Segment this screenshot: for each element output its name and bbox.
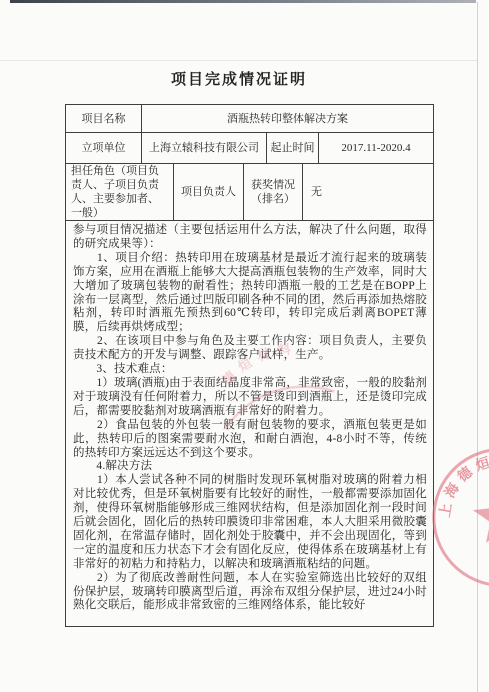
unit-value: 上海立辕科技有限公司 <box>142 133 267 164</box>
seal-star-icon <box>471 485 489 543</box>
project-name-label: 项目名称 <box>66 105 142 133</box>
description-paragraph: 1）本人尝试各种不同的树脂时发现环氧树脂对玻璃的附着力相对比较优秀，但是环氧树脂… <box>73 474 427 571</box>
project-table: 项目名称 酒瓶热转印整体解决方案 立项单位 上海立辕科技有限公司 起止时间 20… <box>65 104 434 627</box>
description-paragraph: 1、项目介绍：热转印用在玻璃基材是最近才流行起来的玻璃装饰方案，应用在酒瓶上能够… <box>73 252 427 335</box>
description-paragraph: 参与项目情况描述（主要包括运用什么方法，解决了什么问题，取得的研究成果等）： <box>73 224 427 252</box>
duration-label: 起止时间 <box>267 133 319 164</box>
scan-crease-line <box>0 60 478 61</box>
svg-text:上海德烜: 上海德烜 <box>433 452 489 519</box>
description-paragraph: 2）食品包装的外包装一般有耐包装物的要求，酒瓶包装更是如此，热转印后的图案需要耐… <box>73 419 427 461</box>
award-value: 无 <box>303 164 433 221</box>
project-description: 参与项目情况描述（主要包括运用什么方法，解决了什么问题，取得的研究成果等）： 1… <box>66 221 433 626</box>
duration-value: 2017.11-2020.4 <box>319 133 433 164</box>
description-paragraph: 1）玻璃(酒瓶)由于表面结晶度非常高，非常致密，一般的胶黏剂对于玻璃没有任何附着… <box>73 377 427 419</box>
seal-arc-text: 上海德烜 <box>433 452 489 519</box>
description-paragraph: 3、技术难点： <box>73 363 427 377</box>
role-label: 担任角色（项目负责人、子项目负责人、主要参加者、一般） <box>66 164 174 221</box>
scanned-document-page: { "page": { "title": "项目完成情况证明" }, "tabl… <box>0 0 489 692</box>
description-paragraph: 2）为了彻底改善耐性问题，本人在实验室筛选出比较好的双组份保护层，玻璃转印膜离型… <box>73 572 427 614</box>
scan-edge-line <box>10 0 476 3</box>
page-title: 项目完成情况证明 <box>0 68 478 89</box>
project-name-value: 酒瓶热转印整体解决方案 <box>142 105 433 133</box>
role-value: 项目负责人 <box>174 164 244 221</box>
description-paragraph: 4.解决方法 <box>73 460 427 474</box>
scan-right-edge-line <box>477 2 478 692</box>
company-seal: 上海德烜 <box>427 438 489 600</box>
description-paragraph: 2、在该项目中参与角色及主要工作内容：项目负责人，主要负责技术配方的开发与调整、… <box>73 335 427 363</box>
award-label: 获奖情况（排名） <box>244 164 303 221</box>
unit-label: 立项单位 <box>66 133 142 164</box>
